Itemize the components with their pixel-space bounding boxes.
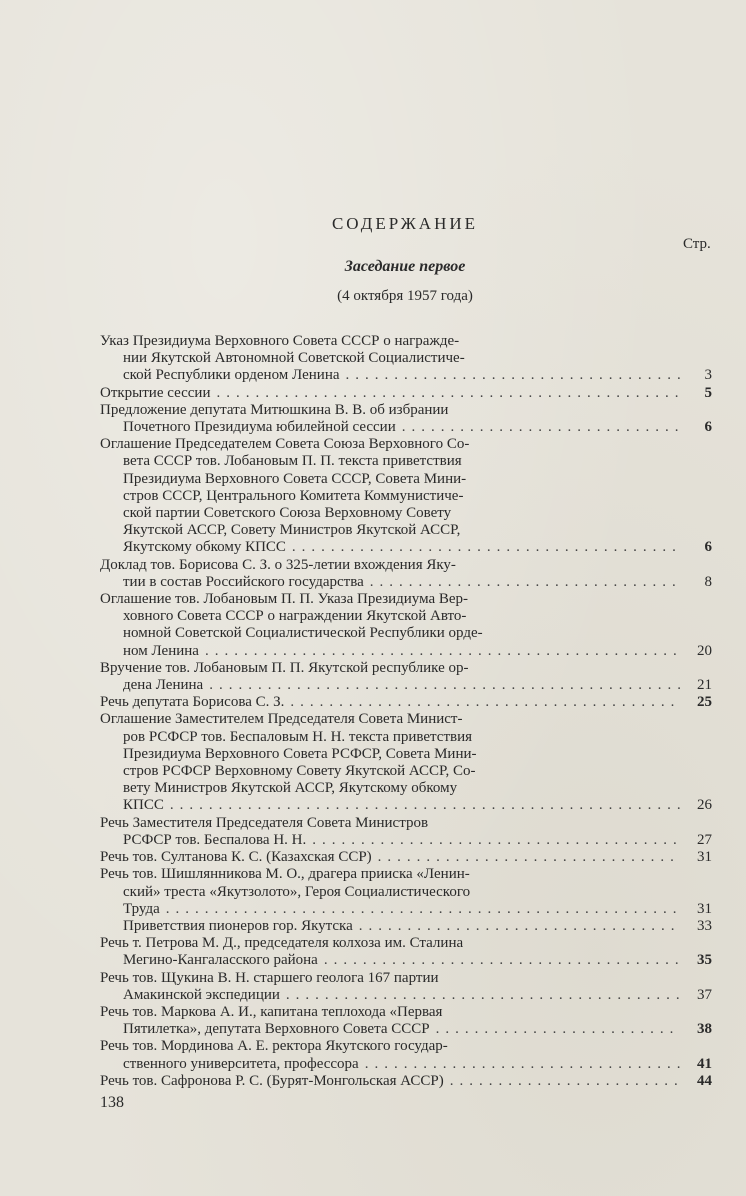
toc-entry-text: Предложение депутата Митюшкина В. В. об … bbox=[100, 402, 712, 419]
dot-leader: ........................................… bbox=[402, 419, 680, 436]
toc-entry-text: вету Министров Якутской АССР, Якутскому … bbox=[100, 780, 712, 797]
toc-entry: Оглашение тов. Лобановым П. П. Указа Пре… bbox=[100, 591, 712, 660]
toc-entry-text: Труда bbox=[123, 901, 160, 918]
toc-entry: Предложение депутата Митюшкина В. В. об … bbox=[100, 402, 712, 436]
dot-leader: ........................................… bbox=[166, 901, 680, 918]
dot-leader: ........................................… bbox=[170, 797, 680, 814]
toc-page-number: 20 bbox=[686, 643, 712, 660]
toc-page-number: 6 bbox=[686, 419, 712, 436]
toc-entry-text: Доклад тов. Борисова С. З. о 325-летии в… bbox=[100, 557, 712, 574]
toc-page-number: 5 bbox=[686, 385, 712, 402]
toc-page-number: 8 bbox=[686, 574, 712, 591]
toc-entry-text: вета СССР тов. Лобановым П. П. текста пр… bbox=[100, 453, 712, 470]
toc-entry: Открытие сессии.........................… bbox=[100, 385, 712, 402]
toc-entry: Речь тов. Щукина В. Н. старшего геолога … bbox=[100, 970, 712, 1004]
toc-entry: Речь тов. Сафронова Р. С. (Бурят-Монголь… bbox=[100, 1073, 712, 1090]
toc-entry-text: ской Республики орденом Ленина bbox=[123, 367, 340, 384]
toc-entry-text: Речь тов. Маркова А. И., капитана теплох… bbox=[100, 1004, 712, 1021]
toc-entry-text: Якутскому обкому КПСС bbox=[123, 539, 286, 556]
toc-page-number: 37 bbox=[686, 987, 712, 1004]
toc-entry: Речь тов. Шишлянникова М. О., драгера пр… bbox=[100, 866, 712, 918]
toc-entry: Указ Президиума Верховного Совета СССР о… bbox=[100, 333, 712, 385]
toc-entry-text: Оглашение Председателем Совета Союза Вер… bbox=[100, 436, 712, 453]
dot-leader: ........................................… bbox=[370, 574, 680, 591]
toc-entry-text: Речь депутата Борисова С. З. bbox=[100, 694, 284, 711]
toc-entry-text: Вручение тов. Лобановым П. П. Якутской р… bbox=[100, 660, 712, 677]
toc-page-number: 33 bbox=[686, 918, 712, 935]
toc-entry-text: Оглашение Заместителем Председателя Сове… bbox=[100, 711, 712, 728]
dot-leader: ........................................… bbox=[209, 677, 680, 694]
toc-entry-text: Открытие сессии bbox=[100, 385, 211, 402]
toc-page-number: 41 bbox=[686, 1056, 712, 1073]
toc-entry-text: ский» треста «Якутзолото», Героя Социали… bbox=[100, 884, 712, 901]
toc-entry: Вручение тов. Лобановым П. П. Якутской р… bbox=[100, 660, 712, 694]
page-number: 138 bbox=[100, 1094, 124, 1112]
dot-leader: ........................................… bbox=[324, 952, 680, 969]
toc-entry-text: Якутской АССР, Совету Министров Якутской… bbox=[100, 522, 712, 539]
toc-page-number: 25 bbox=[686, 694, 712, 711]
toc-page-number: 21 bbox=[686, 677, 712, 694]
dot-leader: ........................................… bbox=[217, 385, 681, 402]
session-title: Заседание первое bbox=[0, 258, 746, 276]
toc-entry-text: Почетного Президиума юбилейной сессии bbox=[123, 419, 396, 436]
toc-entry-text: ской партии Советского Союза Верховному … bbox=[100, 505, 712, 522]
toc-entry-text: Мегино-Кангаласского района bbox=[123, 952, 318, 969]
toc-entry-text: РСФСР тов. Беспалова Н. Н. bbox=[123, 832, 306, 849]
toc-entry-text: дена Ленина bbox=[123, 677, 203, 694]
toc-entry-text: Речь т. Петрова М. Д., председателя колх… bbox=[100, 935, 712, 952]
toc-entry-text: Приветствия пионеров гор. Якутска bbox=[123, 918, 353, 935]
dot-leader: ........................................… bbox=[436, 1021, 680, 1038]
dot-leader: ........................................… bbox=[292, 539, 680, 556]
toc-entry-text: стров СССР, Центрального Комитета Коммун… bbox=[100, 488, 712, 505]
dot-leader: ........................................… bbox=[286, 987, 680, 1004]
toc-entry: Оглашение Заместителем Председателя Сове… bbox=[100, 711, 712, 814]
toc-entry-text: Президиума Верховного Совета РСФСР, Сове… bbox=[100, 746, 712, 763]
dot-leader: ........................................… bbox=[346, 367, 680, 384]
toc-entry-text: Речь тов. Шишлянникова М. О., драгера пр… bbox=[100, 866, 712, 883]
toc-entry: Речь тов. Султанова К. С. (Казахская ССР… bbox=[100, 849, 712, 866]
toc-entry-text: Речь Заместителя Председателя Совета Мин… bbox=[100, 815, 712, 832]
page-column-label: Стр. bbox=[683, 236, 711, 253]
toc-entry-text: ственного университета, профессора bbox=[123, 1056, 359, 1073]
dot-leader: ........................................… bbox=[205, 643, 680, 660]
toc-page-number: 31 bbox=[686, 901, 712, 918]
toc-entry-text: ном Ленина bbox=[123, 643, 199, 660]
toc-entry: Речь тов. Мординова А. Е. ректора Якутск… bbox=[100, 1038, 712, 1072]
toc-page-number: 26 bbox=[686, 797, 712, 814]
toc-entry-text: КПСС bbox=[123, 797, 164, 814]
toc-page-number: 35 bbox=[686, 952, 712, 969]
toc-entry-text: номной Советской Социалистической Респуб… bbox=[100, 625, 712, 642]
toc-page-number: 3 bbox=[686, 367, 712, 384]
toc-entry-text: ховного Совета СССР о награждении Якутск… bbox=[100, 608, 712, 625]
toc-entry-text: Речь тов. Султанова К. С. (Казахская ССР… bbox=[100, 849, 372, 866]
toc-entry-text: ров РСФСР тов. Беспаловым Н. Н. текста п… bbox=[100, 729, 712, 746]
dot-leader: ........................................… bbox=[359, 918, 680, 935]
toc-entry: Речь т. Петрова М. Д., председателя колх… bbox=[100, 935, 712, 969]
dot-leader: ........................................… bbox=[290, 694, 680, 711]
toc-entry-text: Речь тов. Мординова А. Е. ректора Якутск… bbox=[100, 1038, 712, 1055]
toc-entry-text: Амакинской экспедиции bbox=[123, 987, 280, 1004]
toc-page-number: 6 bbox=[686, 539, 712, 556]
page-title: СОДЕРЖАНИЕ bbox=[0, 214, 746, 234]
toc-entry-text: Президиума Верховного Совета СССР, Совет… bbox=[100, 471, 712, 488]
toc-entry-text: тии в состав Российского государства bbox=[123, 574, 364, 591]
session-date: (4 октября 1957 года) bbox=[0, 288, 746, 305]
dot-leader: ........................................… bbox=[312, 832, 680, 849]
toc-entry-text: Речь тов. Сафронова Р. С. (Бурят-Монголь… bbox=[100, 1073, 444, 1090]
toc-entry: Приветствия пионеров гор. Якутска.......… bbox=[100, 918, 712, 935]
toc-entry: Речь депутата Борисова С. З.............… bbox=[100, 694, 712, 711]
dot-leader: ........................................… bbox=[450, 1073, 680, 1090]
toc-entry-text: Указ Президиума Верховного Совета СССР о… bbox=[100, 333, 712, 350]
toc-page-number: 44 bbox=[686, 1073, 712, 1090]
toc-entry: Речь Заместителя Председателя Совета Мин… bbox=[100, 815, 712, 849]
toc-entry: Речь тов. Маркова А. И., капитана теплох… bbox=[100, 1004, 712, 1038]
dot-leader: ........................................… bbox=[365, 1056, 680, 1073]
table-of-contents: Указ Президиума Верховного Совета СССР о… bbox=[100, 333, 712, 1090]
toc-entry-text: Речь тов. Щукина В. Н. старшего геолога … bbox=[100, 970, 712, 987]
dot-leader: ........................................… bbox=[378, 849, 680, 866]
toc-entry-text: Оглашение тов. Лобановым П. П. Указа Пре… bbox=[100, 591, 712, 608]
toc-entry: Доклад тов. Борисова С. З. о 325-летии в… bbox=[100, 557, 712, 591]
toc-page-number: 31 bbox=[686, 849, 712, 866]
toc-entry-text: Пятилетка», депутата Верховного Совета С… bbox=[123, 1021, 430, 1038]
toc-entry-text: нии Якутской Автономной Советской Социал… bbox=[100, 350, 712, 367]
toc-page-number: 38 bbox=[686, 1021, 712, 1038]
toc-entry: Оглашение Председателем Совета Союза Вер… bbox=[100, 436, 712, 556]
toc-page-number: 27 bbox=[686, 832, 712, 849]
toc-entry-text: стров РСФСР Верховному Совету Якутской А… bbox=[100, 763, 712, 780]
